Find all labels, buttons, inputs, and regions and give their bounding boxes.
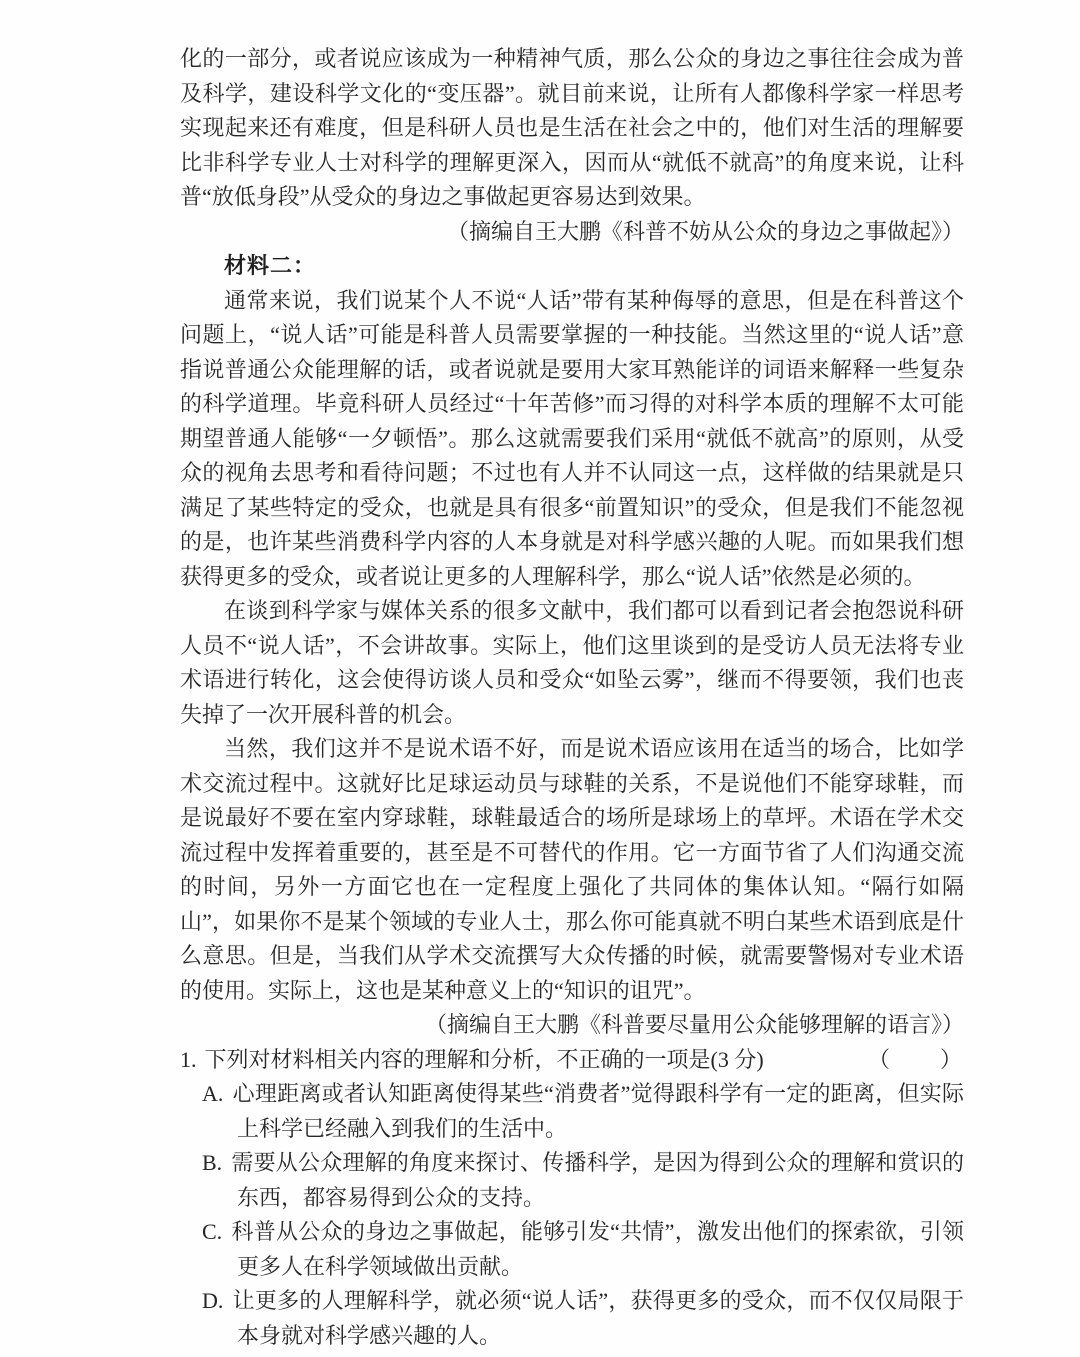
option-c: C.科普从公众的身边之事做起，能够引发“共情”，激发出他们的探索欲，引领更多人在… (202, 1215, 964, 1284)
paragraph: 当然，我们这并不是说术语不好，而是说术语应该用在适当的场合，比如学术交流过程中。… (180, 732, 964, 1008)
option-text: 需要从公众理解的角度来探讨、传播科学，是因为得到公众的理解和赏识的东西，都容易得… (231, 1150, 964, 1210)
question-number: 1. (180, 1047, 205, 1072)
option-label: D. (202, 1288, 232, 1313)
exam-page: 化的一部分，或者说应该成为一种精神气质，那么公众的身边之事往往会成为普及科学，建… (0, 0, 1080, 1357)
option-label: B. (202, 1150, 231, 1175)
attribution-material-one: （摘编自王大鹏《科普不妨从公众的身边之事做起》） (180, 215, 964, 250)
option-b: B.需要从公众理解的角度来探讨、传播科学，是因为得到公众的理解和赏识的东西，都容… (202, 1146, 964, 1215)
text-column: 化的一部分，或者说应该成为一种精神气质，那么公众的身边之事往往会成为普及科学，建… (180, 42, 964, 1353)
option-a: A.心理距离或者认知距离使得某些“消费者”觉得跟科学有一定的距离，但实际上科学已… (202, 1077, 964, 1146)
option-d: D.让更多的人理解科学，就必须“说人话”，获得更多的受众，而不仅仅局限于本身就对… (202, 1284, 964, 1353)
question-1: 1.下列对材料相关内容的理解和分析，不正确的一项是(3 分)（ ） (180, 1043, 964, 1078)
question-body: 下列对材料相关内容的理解和分析，不正确的一项是(3 分) (205, 1047, 764, 1072)
option-label: A. (202, 1081, 232, 1106)
option-label: C. (202, 1219, 231, 1244)
paragraph: 通常来说，我们说某个人不说“人话”带有某种侮辱的意思，但是在科普这个问题上，“说… (180, 284, 964, 595)
paragraph-continuation: 化的一部分，或者说应该成为一种精神气质，那么公众的身边之事往往会成为普及科学，建… (180, 42, 964, 215)
material-two-heading: 材料二： (180, 249, 964, 284)
option-text: 科普从公众的身边之事做起，能够引发“共情”，激发出他们的探索欲，引领更多人在科学… (231, 1219, 964, 1279)
answer-brackets: （ ） (868, 1043, 964, 1078)
attribution-material-two: （摘编自王大鹏《科普要尽量用公众能够理解的语言》） (180, 1008, 964, 1043)
question-text: 1.下列对材料相关内容的理解和分析，不正确的一项是(3 分) (180, 1043, 764, 1078)
paragraph: 在谈到科学家与媒体关系的很多文献中，我们都可以看到记者会抱怨说科研人员不“说人话… (180, 594, 964, 732)
option-text: 心理距离或者认知距离使得某些“消费者”觉得跟科学有一定的距离，但实际上科学已经融… (232, 1081, 964, 1141)
option-text: 让更多的人理解科学，就必须“说人话”，获得更多的受众，而不仅仅局限于本身就对科学… (232, 1288, 964, 1348)
